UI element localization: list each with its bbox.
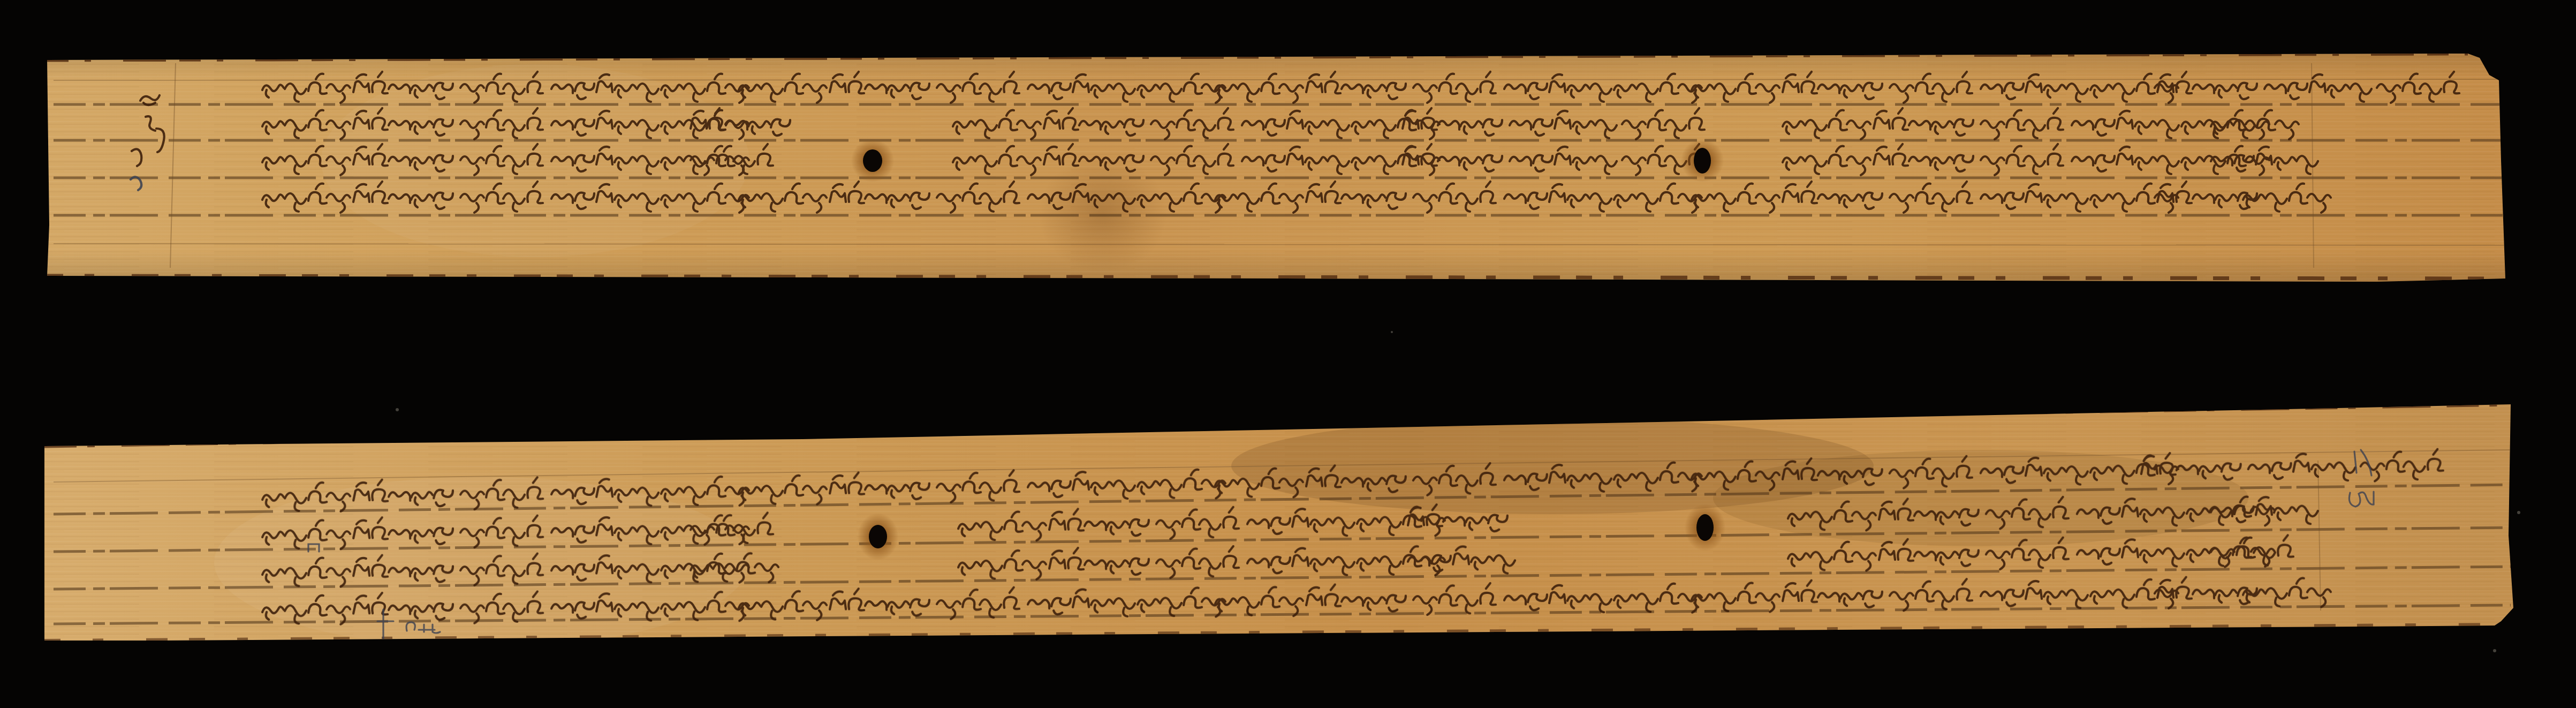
string-hole-right bbox=[1681, 139, 1724, 182]
leaf-top bbox=[43, 51, 2511, 287]
manuscript-photo bbox=[0, 0, 2576, 708]
string-hole-left bbox=[858, 513, 898, 560]
string-hole-right bbox=[1685, 504, 1725, 551]
string-hole-left bbox=[851, 139, 894, 182]
